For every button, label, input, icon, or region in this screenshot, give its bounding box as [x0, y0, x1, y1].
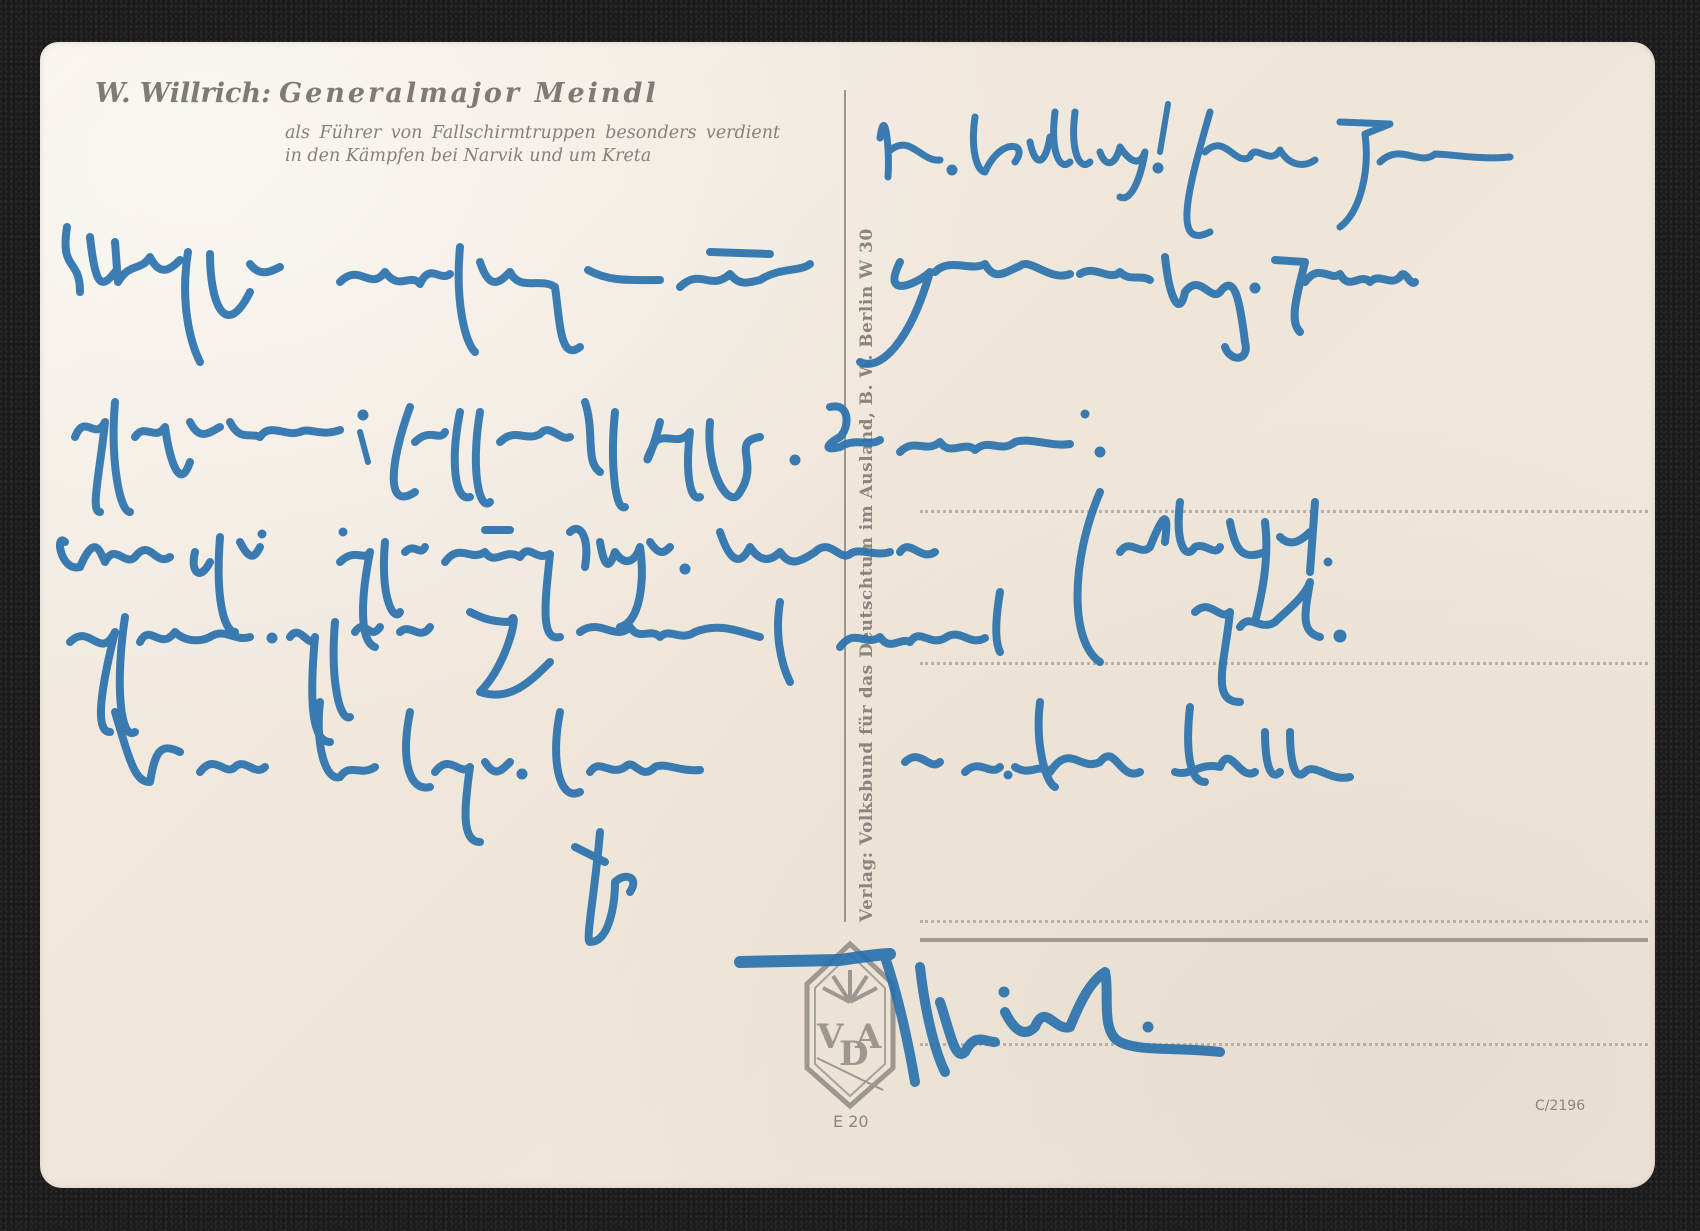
publisher-imprint: Verlag: Volksbund für das Deutschtum im … [857, 228, 877, 922]
handwriting-line-3: geschrieben; hoffe auf Erfolg. In meinem [65, 397, 982, 448]
artist-name: W. Willrich: [95, 78, 271, 109]
center-divider [844, 90, 846, 922]
postcard: W. Willrich:Generalmajor Meindl als Führ… [40, 42, 1655, 1188]
address-line-5 [920, 1043, 1648, 1046]
address-line-2 [920, 662, 1648, 665]
signature: Meindl [740, 957, 896, 1008]
caption-description: als Führer von Fallschirmtruppen besonde… [285, 122, 780, 168]
handwriting-line-5: Hoffentl. geht es Ihnen weiter gut. [65, 617, 839, 668]
series-code: E 20 [833, 1112, 869, 1131]
svg-text:D: D [839, 1034, 868, 1074]
handwriting-line-6: Viele herzl. Grüße u. Heil Hitler [115, 712, 829, 763]
handwriting-closing: Ihr [575, 842, 642, 893]
handwriting-line-1: Hr. Billing! Habe Ihre [870, 112, 1355, 163]
portrait-subject: Generalmajor Meindl [279, 78, 659, 109]
address-line-4 [920, 938, 1648, 942]
handwriting-line-2: Wünsche entsprochen und heute von Maj. K… [65, 227, 1199, 278]
handwriting-line-4: Stabe ist jetzt auch Maj. Wagner (alter … [65, 522, 1108, 573]
address-line-1 [920, 510, 1648, 513]
address-line-3 [920, 920, 1648, 923]
caption-title: W. Willrich:Generalmajor Meindl [95, 78, 659, 109]
catalog-code: C/2196 [1535, 1098, 1585, 1114]
